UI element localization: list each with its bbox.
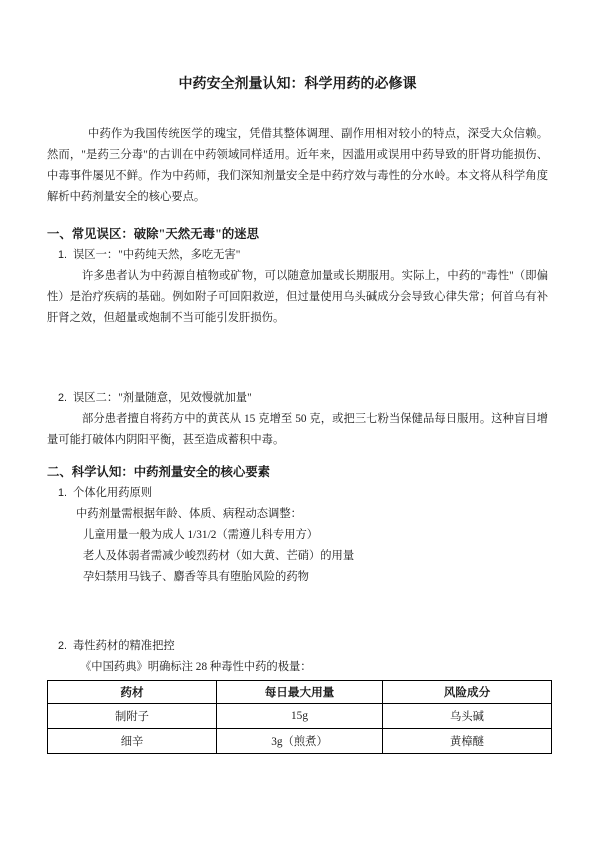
intro-paragraph: 中药作为我国传统医学的瑰宝，凭借其整体调理、副作用相对较小的特点，深受大众信赖。… xyxy=(47,124,548,208)
dosage-rule-pregnant: 孕妇禁用马钱子、麝香等具有堕胎风险的药物 xyxy=(47,567,548,588)
misconception-1-body: 许多患者认为中药源自植物或矿物，可以随意加量或长期服用。实际上，中药的"毒性"（… xyxy=(47,266,548,329)
misconception-1-title-row: 1.误区一："中药纯天然，多吃无害" xyxy=(47,245,548,266)
cell-risk: 乌头碱 xyxy=(383,704,552,729)
pharmacopoeia-intro: 《中国药典》明确标注 28 种毒性中药的极量： xyxy=(47,657,548,678)
header-max-daily-dose: 每日最大用量 xyxy=(217,681,383,704)
principle-1-intro: 中药剂量需根据年龄、体质、病程动态调整： xyxy=(47,504,548,525)
principle-1-title: 个体化用药原则 xyxy=(73,487,152,499)
table-header-row: 药材 每日最大用量 风险成分 xyxy=(48,681,552,704)
cell-max-dose: 3g（煎煮） xyxy=(217,729,383,754)
section1-heading: 一、常见误区：破除"天然无毒"的迷思 xyxy=(47,224,548,245)
misconception-1-title: 误区一："中药纯天然，多吃无害" xyxy=(73,249,240,261)
cell-max-dose: 15g xyxy=(217,704,383,729)
cell-herb: 细辛 xyxy=(48,729,217,754)
cell-herb: 制附子 xyxy=(48,704,217,729)
table-row: 细辛 3g（煎煮） 黄樟醚 xyxy=(48,729,552,754)
section2-heading: 二、科学认知：中药剂量安全的核心要素 xyxy=(47,462,548,483)
list-number: 1. xyxy=(58,245,73,266)
principle-1-title-row: 1.个体化用药原则 xyxy=(47,483,548,504)
dosage-rule-children: 儿童用量一般为成人 1/31/2（需遵儿科专用方） xyxy=(47,525,548,546)
misconception-2-title: 误区二："剂量随意，见效慢就加量" xyxy=(73,392,252,404)
document-title: 中药安全剂量认知：科学用药的必修课 xyxy=(47,0,548,94)
misconception-2-body: 部分患者擅自将药方中的黄芪从 15 克增至 50 克，或把三七粉当保健品每日服用… xyxy=(47,409,548,451)
list-number: 1. xyxy=(58,483,73,504)
list-number: 2. xyxy=(58,388,73,409)
misconception-2-title-row: 2.误区二："剂量随意，见效慢就加量" xyxy=(47,388,548,409)
dosage-rule-elderly: 老人及体弱者需减少峻烈药材（如大黄、芒硝）的用量 xyxy=(47,546,548,567)
header-risk-component: 风险成分 xyxy=(383,681,552,704)
list-number: 2. xyxy=(58,636,73,657)
principle-2-title-row: 2.毒性药材的精准把控 xyxy=(47,636,548,657)
document-page: 中药安全剂量认知：科学用药的必修课 中药作为我国传统医学的瑰宝，凭借其整体调理、… xyxy=(0,0,595,841)
table-row: 制附子 15g 乌头碱 xyxy=(48,704,552,729)
cell-risk: 黄樟醚 xyxy=(383,729,552,754)
toxicity-limits-table: 药材 每日最大用量 风险成分 制附子 15g 乌头碱 细辛 3g（煎煮） 黄樟醚 xyxy=(47,680,552,754)
header-herb: 药材 xyxy=(48,681,217,704)
principle-2-title: 毒性药材的精准把控 xyxy=(73,640,175,652)
